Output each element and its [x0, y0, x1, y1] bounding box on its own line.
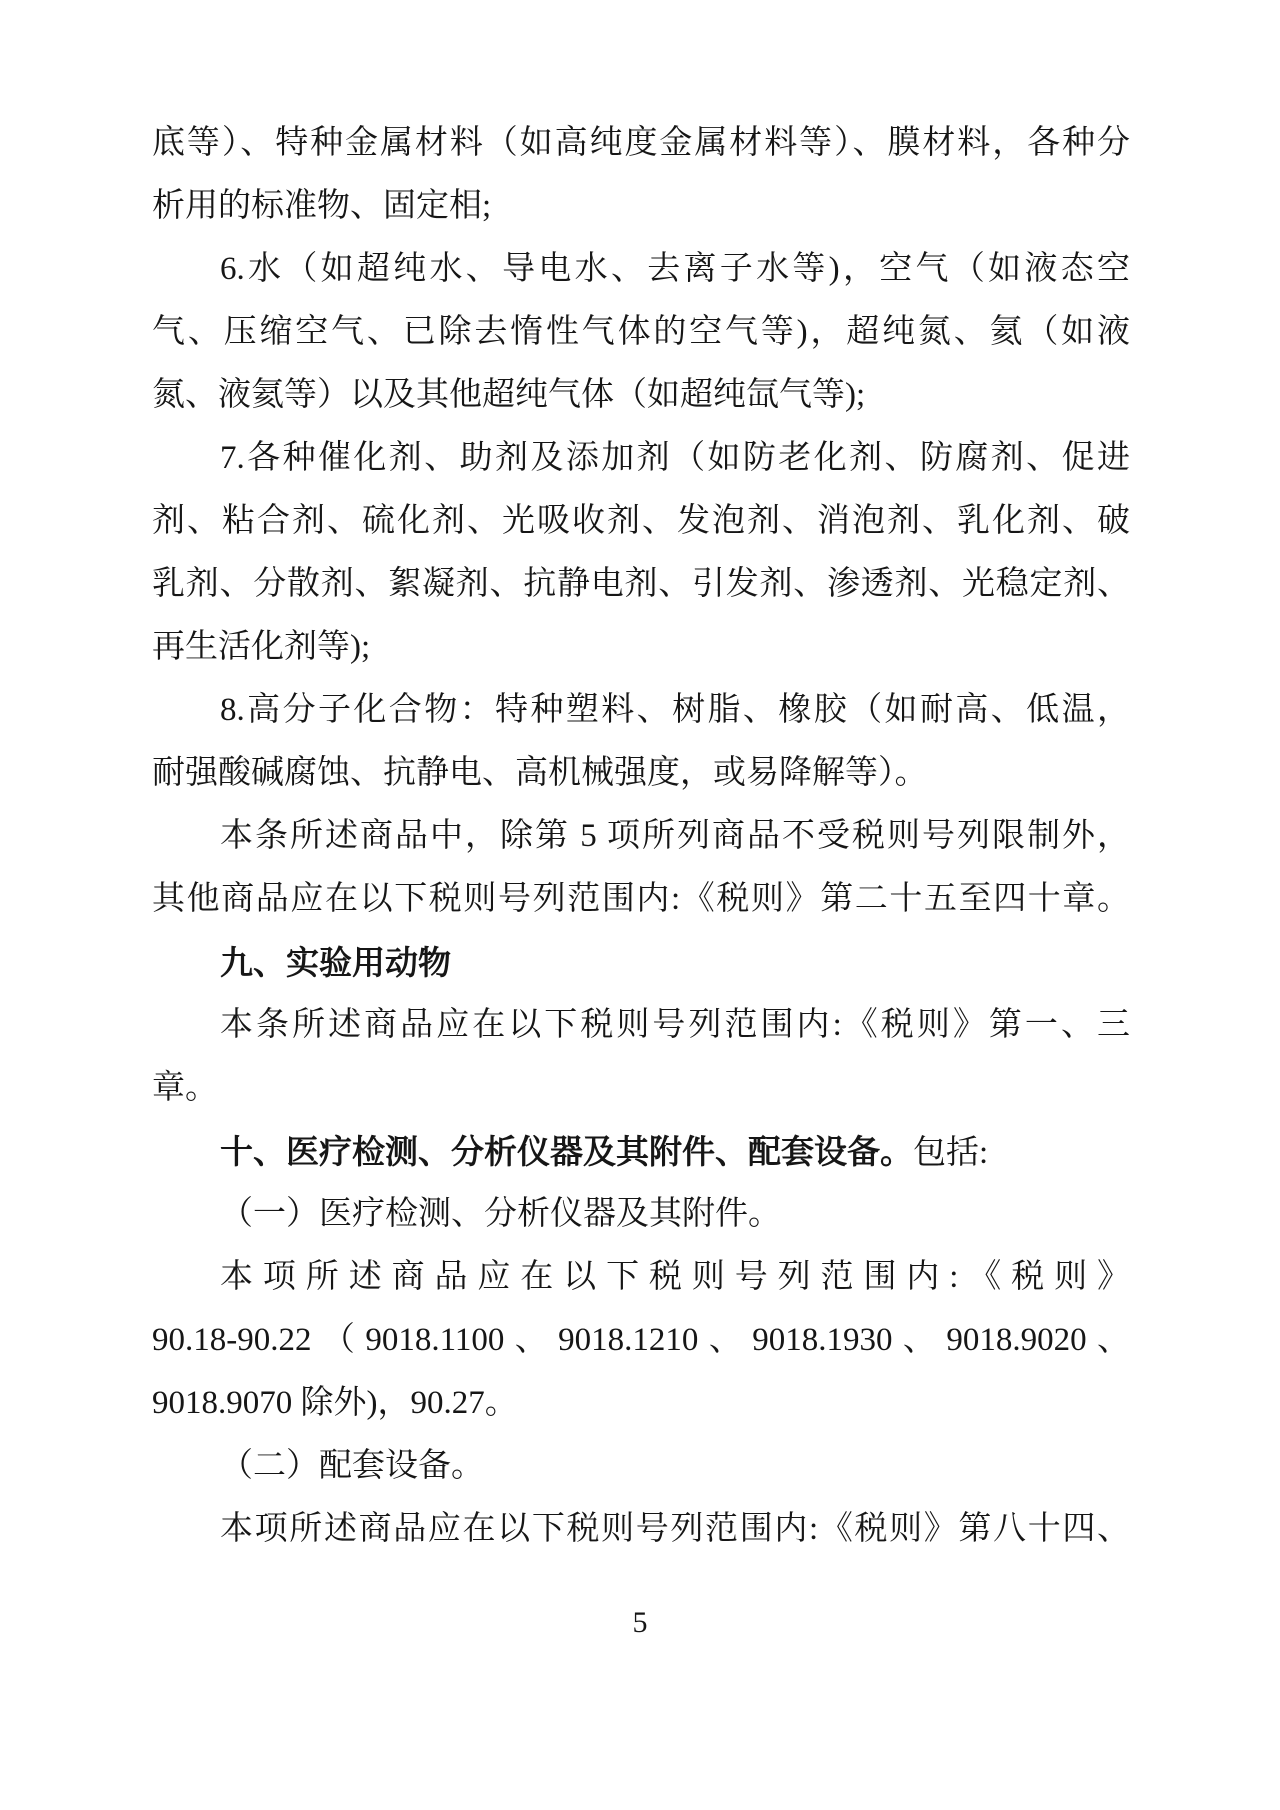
text-line-02: 析用的标准物、固定相;: [152, 175, 1130, 238]
text-line-20-hs-codes: 90.18-90.22（9018.1100、9018.1210、9018.193…: [152, 1309, 1130, 1372]
text-line-22-sub2: （二）配套设备。: [152, 1435, 1130, 1498]
document-body: 底等）、特种金属材料（如高纯度金属材料等）、膜材料，各种分 析用的标准物、固定相…: [152, 112, 1130, 1561]
page-number: 5: [0, 1606, 1280, 1640]
text-line-16: 章。: [152, 1057, 1130, 1120]
text-line-19: 本项所述商品应在以下税则号列范围内:《税则》: [152, 1246, 1130, 1309]
text-line-21-hs-codes: 9018.9070 除外)，90.27。: [152, 1372, 1130, 1435]
text-line-09: 再生活化剂等);: [152, 616, 1130, 679]
text-line-07: 剂、粘合剂、硫化剂、光吸收剂、发泡剂、消泡剂、乳化剂、破: [152, 490, 1130, 553]
text-line-23: 本项所述商品应在以下税则号列范围内:《税则》第八十四、: [152, 1498, 1130, 1561]
text-line-10-item8: 8.高分子化合物：特种塑料、树脂、橡胶（如耐高、低温，: [152, 679, 1130, 742]
heading-ten-suffix: 包括:: [913, 1135, 988, 1171]
text-line-05: 氮、液氦等）以及其他超纯气体（如超纯氙气等);: [152, 364, 1130, 427]
text-line-08: 乳剂、分散剂、絮凝剂、抗静电剂、引发剂、渗透剂、光稳定剂、: [152, 553, 1130, 616]
text-line-15: 本条所述商品应在以下税则号列范围内:《税则》第一、三: [152, 994, 1130, 1057]
document-page: 底等）、特种金属材料（如高纯度金属材料等）、膜材料，各种分 析用的标准物、固定相…: [0, 0, 1280, 1810]
text-line-18-sub1: （一）医疗检测、分析仪器及其附件。: [152, 1183, 1130, 1246]
section-heading-nine: 九、实验用动物: [152, 931, 1130, 994]
text-line-12: 本条所述商品中，除第 5 项所列商品不受税则号列限制外，: [152, 805, 1130, 868]
section-heading-ten-line: 十、医疗检测、分析仪器及其附件、配套设备。包括:: [152, 1120, 1130, 1183]
text-line-13: 其他商品应在以下税则号列范围内:《税则》第二十五至四十章。: [152, 868, 1130, 931]
text-line-06-item7: 7.各种催化剂、助剂及添加剂（如防老化剂、防腐剂、促进: [152, 427, 1130, 490]
text-line-03-item6: 6.水（如超纯水、导电水、去离子水等)，空气（如液态空: [152, 238, 1130, 301]
text-line-04: 气、压缩空气、已除去惰性气体的空气等)，超纯氮、氦（如液: [152, 301, 1130, 364]
text-line-01: 底等）、特种金属材料（如高纯度金属材料等）、膜材料，各种分: [152, 112, 1130, 175]
section-heading-ten: 十、医疗检测、分析仪器及其附件、配套设备。: [220, 1133, 913, 1170]
text-line-11: 耐强酸碱腐蚀、抗静电、高机械强度，或易降解等）。: [152, 742, 1130, 805]
